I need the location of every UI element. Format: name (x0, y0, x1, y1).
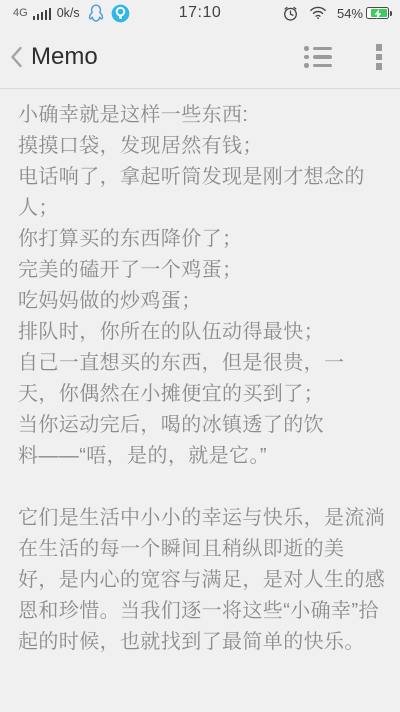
battery-icon (366, 7, 389, 19)
list-view-button[interactable] (304, 44, 332, 70)
alarm-clock-icon (282, 5, 299, 22)
memo-text-line: 好，是内心的宽容与满足，是对人生的感 (18, 565, 382, 596)
memo-text-line: 它们是生活中小小的幸运与快乐，是流淌 (18, 503, 382, 534)
memo-text-line: 吃妈妈做的炒鸡蛋； (18, 286, 382, 317)
memo-text-line: 摸摸口袋，发现居然有钱； (18, 131, 382, 162)
memo-content[interactable]: 小确幸就是这样一些东西:摸摸口袋，发现居然有钱；电话响了，拿起听筒发现是刚才想念… (0, 89, 400, 658)
memo-text-line: 人； (18, 193, 382, 224)
signal-strength-icon (33, 7, 53, 20)
clock-label: 17:10 (179, 4, 222, 22)
list-view-icon (304, 46, 332, 51)
memo-text-line: 恩和珍惜。当我们逐一将这些“小确幸”拾 (18, 596, 382, 627)
memo-text-line: 天，你偶然在小摊便宜的买到了； (18, 379, 382, 410)
network-type-label: 4G (13, 7, 28, 19)
status-bar-right: 54% (272, 5, 389, 22)
memo-text-line: 电话响了，拿起听筒发现是刚才想念的 (18, 162, 382, 193)
memo-text-line: 完美的磕开了一个鸡蛋； (18, 255, 382, 286)
kebab-menu-icon (376, 44, 383, 51)
charging-bolt-icon (374, 9, 382, 19)
chevron-left-icon (6, 44, 28, 70)
memo-text-line: 在生活的每一个瞬间且稍纵即逝的美 (18, 534, 382, 565)
back-button[interactable] (6, 44, 28, 70)
status-bar-left: 4G 0k/s (13, 3, 135, 24)
memo-text-line: 小确幸就是这样一些东西: (18, 100, 382, 131)
more-options-button[interactable] (376, 42, 383, 71)
lightbulb-badge-icon (111, 4, 130, 23)
header: Memo (0, 26, 400, 88)
memo-text-line: 你打算买的东西降价了； (18, 224, 382, 255)
page-title: Memo (31, 43, 98, 71)
phone-screen: 4G 0k/s 17:10 (0, 0, 400, 712)
battery-percent-label: 54% (337, 6, 363, 21)
memo-text-line: 当你运动完后，喝的冰镇透了的饮 (18, 410, 382, 441)
network-speed-label: 0k/s (57, 6, 80, 20)
memo-text-line: 起的时候，也就找到了最简单的快乐。 (18, 627, 382, 658)
header-actions (304, 42, 382, 71)
qq-icon (86, 3, 106, 24)
status-bar: 4G 0k/s 17:10 (0, 0, 400, 26)
memo-text-line: 排队时，你所在的队伍动得最快； (18, 317, 382, 348)
wifi-icon (309, 6, 327, 20)
memo-text-line: 自己一直想买的东西，但是很贵，一 (18, 348, 382, 379)
memo-text-line (18, 472, 382, 503)
memo-text-line: 料——“唔，是的，就是它。” (18, 441, 382, 472)
